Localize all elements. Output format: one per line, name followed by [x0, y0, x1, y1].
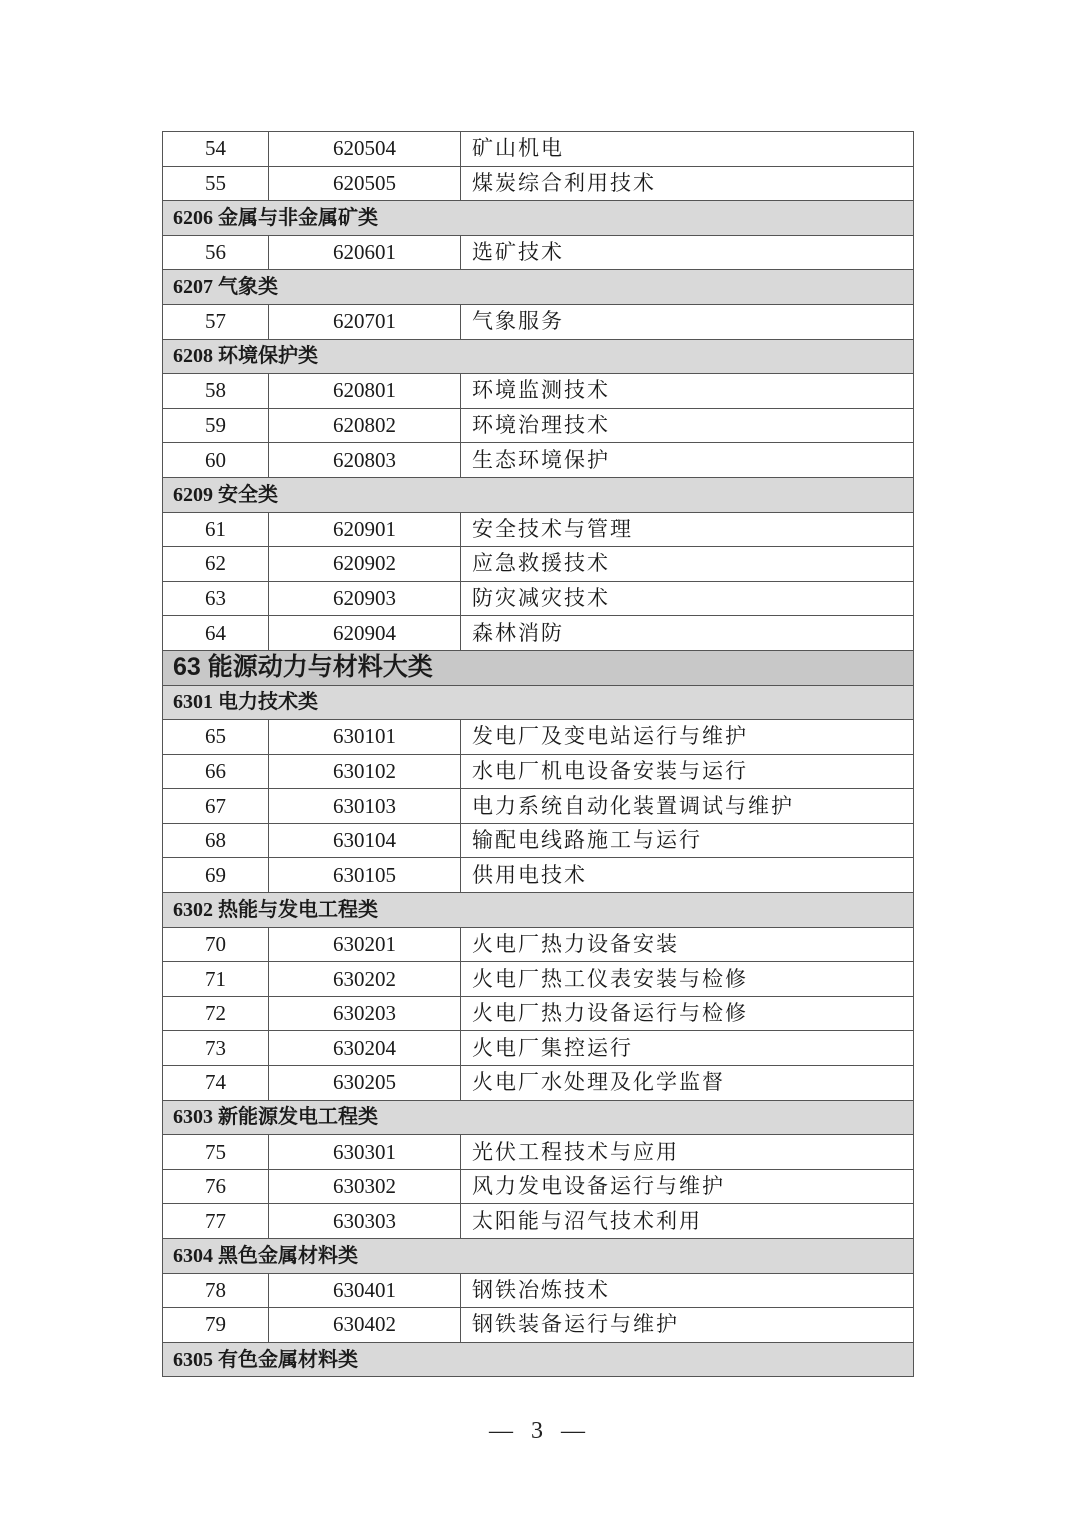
- table-row: 78630401钢铁冶炼技术: [163, 1273, 914, 1308]
- row-index-cell: 59: [163, 408, 269, 443]
- table-row: 65630101发电厂及变电站运行与维护: [163, 720, 914, 755]
- subcategory-label: 6208 环境保护类: [163, 339, 914, 374]
- subcategory-row: 6207 气象类: [163, 270, 914, 305]
- subcategory-row: 6209 安全类: [163, 477, 914, 512]
- row-index-cell: 73: [163, 1031, 269, 1066]
- program-code-cell: 630202: [269, 962, 461, 997]
- subcategory-label: 6301 电力技术类: [163, 685, 914, 720]
- table-row: 66630102水电厂机电设备安装与运行: [163, 754, 914, 789]
- program-name-cell: 森林消防: [461, 616, 914, 651]
- row-index-cell: 66: [163, 754, 269, 789]
- program-name-cell: 水电厂机电设备安装与运行: [461, 754, 914, 789]
- row-index-cell: 76: [163, 1169, 269, 1204]
- program-name-cell: 太阳能与沼气技术利用: [461, 1204, 914, 1239]
- table-row: 70630201火电厂热力设备安装: [163, 927, 914, 962]
- table-row: 57620701气象服务: [163, 304, 914, 339]
- program-code-cell: 620801: [269, 374, 461, 409]
- row-index-cell: 79: [163, 1308, 269, 1343]
- subcategory-row: 6206 金属与非金属矿类: [163, 201, 914, 236]
- table-body: 54620504矿山机电55620505煤炭综合利用技术6206 金属与非金属矿…: [163, 132, 914, 1377]
- table-row: 75630301光伏工程技术与应用: [163, 1135, 914, 1170]
- program-name-cell: 应急救援技术: [461, 547, 914, 582]
- program-code-cell: 620904: [269, 616, 461, 651]
- row-index-cell: 67: [163, 789, 269, 824]
- row-index-cell: 55: [163, 166, 269, 201]
- program-code-cell: 630102: [269, 754, 461, 789]
- program-name-cell: 钢铁装备运行与维护: [461, 1308, 914, 1343]
- table-row: 67630103电力系统自动化装置调试与维护: [163, 789, 914, 824]
- program-code-cell: 620701: [269, 304, 461, 339]
- subcategory-row: 6303 新能源发电工程类: [163, 1100, 914, 1135]
- table-row: 64620904森林消防: [163, 616, 914, 651]
- row-index-cell: 61: [163, 512, 269, 547]
- table-row: 60620803生态环境保护: [163, 443, 914, 478]
- row-index-cell: 70: [163, 927, 269, 962]
- row-index-cell: 64: [163, 616, 269, 651]
- program-code-cell: 630402: [269, 1308, 461, 1343]
- program-name-cell: 火电厂热力设备安装: [461, 927, 914, 962]
- program-code-cell: 630303: [269, 1204, 461, 1239]
- table-row: 56620601选矿技术: [163, 235, 914, 270]
- table-row: 72630203火电厂热力设备运行与检修: [163, 996, 914, 1031]
- subcategory-row: 6208 环境保护类: [163, 339, 914, 374]
- program-code-cell: 630105: [269, 858, 461, 893]
- table-row: 76630302风力发电设备运行与维护: [163, 1169, 914, 1204]
- table-row: 63620903防灾减灾技术: [163, 581, 914, 616]
- program-code-cell: 620601: [269, 235, 461, 270]
- program-code-cell: 620802: [269, 408, 461, 443]
- table-row: 69630105供用电技术: [163, 858, 914, 893]
- row-index-cell: 69: [163, 858, 269, 893]
- row-index-cell: 78: [163, 1273, 269, 1308]
- program-code-cell: 620902: [269, 547, 461, 582]
- subcategory-label: 6302 热能与发电工程类: [163, 893, 914, 928]
- program-name-cell: 输配电线路施工与运行: [461, 823, 914, 858]
- program-name-cell: 火电厂水处理及化学监督: [461, 1066, 914, 1101]
- program-code-cell: 630101: [269, 720, 461, 755]
- program-code-cell: 630302: [269, 1169, 461, 1204]
- program-name-cell: 安全技术与管理: [461, 512, 914, 547]
- row-index-cell: 62: [163, 547, 269, 582]
- row-index-cell: 63: [163, 581, 269, 616]
- table-row: 59620802环境治理技术: [163, 408, 914, 443]
- major-category-label: 63 能源动力与材料大类: [163, 650, 914, 685]
- table-row: 74630205火电厂水处理及化学监督: [163, 1066, 914, 1101]
- program-name-cell: 矿山机电: [461, 132, 914, 167]
- row-index-cell: 71: [163, 962, 269, 997]
- program-name-cell: 供用电技术: [461, 858, 914, 893]
- program-code-cell: 620903: [269, 581, 461, 616]
- program-name-cell: 环境治理技术: [461, 408, 914, 443]
- program-code-cell: 630104: [269, 823, 461, 858]
- program-name-cell: 火电厂热工仪表安装与检修: [461, 962, 914, 997]
- subcategory-label: 6305 有色金属材料类: [163, 1342, 914, 1377]
- subcategory-label: 6209 安全类: [163, 477, 914, 512]
- table-row: 58620801环境监测技术: [163, 374, 914, 409]
- program-name-cell: 风力发电设备运行与维护: [461, 1169, 914, 1204]
- subcategory-row: 6301 电力技术类: [163, 685, 914, 720]
- program-code-cell: 620901: [269, 512, 461, 547]
- table-row: 61620901安全技术与管理: [163, 512, 914, 547]
- program-name-cell: 选矿技术: [461, 235, 914, 270]
- subcategory-row: 6304 黑色金属材料类: [163, 1239, 914, 1274]
- program-name-cell: 煤炭综合利用技术: [461, 166, 914, 201]
- row-index-cell: 74: [163, 1066, 269, 1101]
- major-category-row: 63 能源动力与材料大类: [163, 650, 914, 685]
- program-code-cell: 630205: [269, 1066, 461, 1101]
- program-code-cell: 620803: [269, 443, 461, 478]
- page-number-footer: — 3 —: [0, 1418, 1080, 1445]
- program-name-cell: 电力系统自动化装置调试与维护: [461, 789, 914, 824]
- row-index-cell: 65: [163, 720, 269, 755]
- program-name-cell: 钢铁冶炼技术: [461, 1273, 914, 1308]
- table-row: 55620505煤炭综合利用技术: [163, 166, 914, 201]
- table-row: 54620504矿山机电: [163, 132, 914, 167]
- program-name-cell: 防灾减灾技术: [461, 581, 914, 616]
- program-code-cell: 630301: [269, 1135, 461, 1170]
- subcategory-label: 6206 金属与非金属矿类: [163, 201, 914, 236]
- program-code-cell: 630204: [269, 1031, 461, 1066]
- subcategory-row: 6302 热能与发电工程类: [163, 893, 914, 928]
- row-index-cell: 77: [163, 1204, 269, 1239]
- table-row: 62620902应急救援技术: [163, 547, 914, 582]
- program-name-cell: 光伏工程技术与应用: [461, 1135, 914, 1170]
- subcategory-label: 6207 气象类: [163, 270, 914, 305]
- program-code-cell: 630103: [269, 789, 461, 824]
- table-row: 77630303太阳能与沼气技术利用: [163, 1204, 914, 1239]
- program-code-cell: 620505: [269, 166, 461, 201]
- program-name-cell: 气象服务: [461, 304, 914, 339]
- program-code-cell: 630201: [269, 927, 461, 962]
- table-row: 68630104输配电线路施工与运行: [163, 823, 914, 858]
- program-code-cell: 620504: [269, 132, 461, 167]
- row-index-cell: 68: [163, 823, 269, 858]
- subcategory-label: 6303 新能源发电工程类: [163, 1100, 914, 1135]
- row-index-cell: 56: [163, 235, 269, 270]
- table-row: 71630202火电厂热工仪表安装与检修: [163, 962, 914, 997]
- row-index-cell: 75: [163, 1135, 269, 1170]
- program-catalog-table: 54620504矿山机电55620505煤炭综合利用技术6206 金属与非金属矿…: [162, 131, 914, 1377]
- program-name-cell: 生态环境保护: [461, 443, 914, 478]
- row-index-cell: 60: [163, 443, 269, 478]
- program-code-cell: 630401: [269, 1273, 461, 1308]
- table-row: 73630204火电厂集控运行: [163, 1031, 914, 1066]
- program-name-cell: 发电厂及变电站运行与维护: [461, 720, 914, 755]
- program-name-cell: 火电厂热力设备运行与检修: [461, 996, 914, 1031]
- program-name-cell: 火电厂集控运行: [461, 1031, 914, 1066]
- row-index-cell: 57: [163, 304, 269, 339]
- row-index-cell: 54: [163, 132, 269, 167]
- subcategory-label: 6304 黑色金属材料类: [163, 1239, 914, 1274]
- row-index-cell: 72: [163, 996, 269, 1031]
- row-index-cell: 58: [163, 374, 269, 409]
- program-name-cell: 环境监测技术: [461, 374, 914, 409]
- subcategory-row: 6305 有色金属材料类: [163, 1342, 914, 1377]
- program-code-cell: 630203: [269, 996, 461, 1031]
- table-row: 79630402钢铁装备运行与维护: [163, 1308, 914, 1343]
